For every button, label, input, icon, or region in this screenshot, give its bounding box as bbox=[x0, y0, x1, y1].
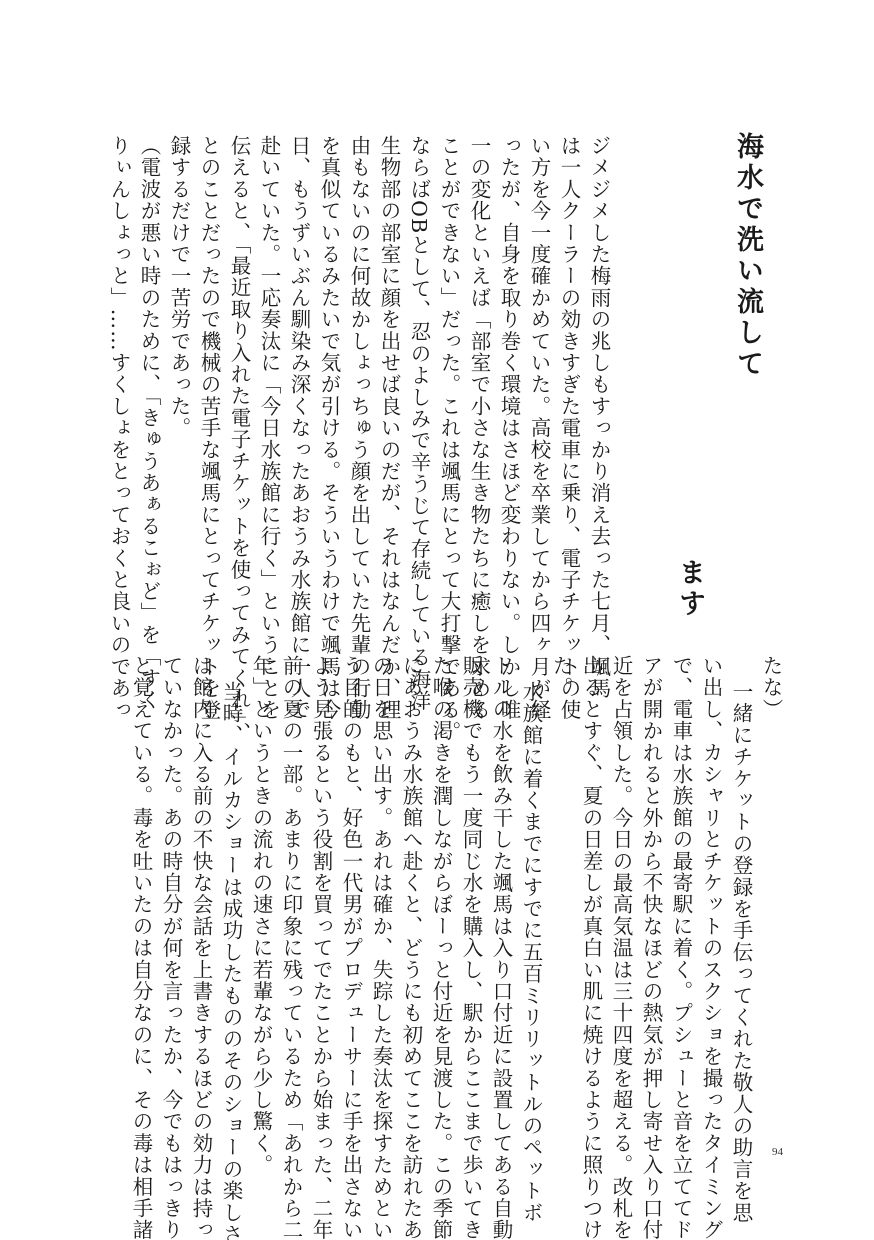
chapter-title-continued: ます bbox=[675, 558, 709, 620]
text-column: う目的のもと、好色一代男がプロデューサーに手を出さない bbox=[338, 655, 364, 1240]
text-column: たな） bbox=[758, 655, 784, 720]
text-column: た。 bbox=[548, 655, 574, 698]
text-column: を真似ているみたいで気が引ける。そういうわけで颯馬は今 bbox=[316, 135, 342, 721]
text-column: で、電車は水族館の最寄駅に着く。プシューと音を立ててド bbox=[668, 655, 694, 1240]
book-page: 海水で洗い流して ます ジメジメした梅雨の兆しもすっかり消え去った七月、颯馬 は… bbox=[0, 0, 874, 1240]
text-column: は館内に入る前の不快な会話を上書きするほどの効力は持っ bbox=[188, 655, 214, 1240]
text-column: 出るとすぐ、夏の日差しが真白い肌に焼けるように照りつけ bbox=[578, 655, 604, 1240]
text-column: ことができない」だった。これは颯馬にとって大打撃である。 bbox=[436, 135, 462, 743]
text-column: ったが、自身を取り巻く環境はさほど変わりない。しかし唯 bbox=[496, 135, 522, 721]
text-column: の日を思い出す。あれは確か、失踪した奏汰を探すためとい bbox=[368, 655, 394, 1240]
text-column: （電波が悪い時のために、「きゅうあぁるこぉど」を「すく bbox=[136, 135, 162, 711]
text-column: 前の夏の一部。あまりに印象に残っているため「あれから二 bbox=[278, 655, 304, 1240]
text-column: 年」というときの流れの速さに若輩ながら少し驚く。 bbox=[248, 655, 274, 1176]
text-column: アが開かれると外から不快なほどの熱気が押し寄せ入り口付 bbox=[638, 655, 664, 1240]
text-column: ならばOBとして、忍のよしみで辛うじて存続している海洋 bbox=[406, 135, 432, 712]
text-column: ていなかった。あの時自分が何を言ったか、今でもはっきり bbox=[158, 655, 184, 1240]
text-column: とのことだったので機械の苦手な颯馬にとってチケットを登 bbox=[196, 135, 222, 721]
text-column: 水族館に着くまでにすでに五百ミリリットルのペットボ bbox=[518, 681, 544, 1224]
text-column: にあおうみ水族館へ赴くと、どうにも初めてここを訪れたあ bbox=[398, 655, 424, 1240]
text-column: 生物部の部室に顔を出せば良いのだが、それはなんだか、理 bbox=[376, 135, 402, 721]
text-column: 日、もうずいぶん馴染み深くなったあおうみ水族館に一人で bbox=[286, 135, 312, 721]
text-column: りぃんしょっと」……すくしょをとっておくと良いのであっ bbox=[106, 135, 132, 721]
text-column: 由もないのに何故かしょっちゅう顔を出していた先輩の行動 bbox=[346, 135, 372, 721]
text-column: 販売機でもう一度同じ水を購入し、駅からここまで歩いてき bbox=[458, 655, 484, 1240]
text-column: は一人クーラーの効きすぎた電車に乗り、電子チケットの使 bbox=[556, 135, 582, 721]
text-column: い出し、カシャリとチケットのスクショを撮ったタイミング bbox=[698, 655, 724, 1240]
text-column: い方を今一度確かめていた。高校を卒業してから四ヶ月が経 bbox=[526, 135, 552, 721]
chapter-title: 海水で洗い流して bbox=[733, 132, 767, 380]
text-column: ジメジメした梅雨の兆しもすっかり消え去った七月、颯馬 bbox=[586, 135, 612, 699]
text-column: た喉の渇きを潤しながらぼーっと付近を見渡した。この季節 bbox=[428, 655, 454, 1240]
text-column: トルの水を飲み干した颯馬は入り口付近に設置してある自動 bbox=[488, 655, 514, 1240]
text-column: よう見張るという役割を買ってでたことから始まった、二年 bbox=[308, 655, 334, 1240]
text-column: 一の変化といえば「部室で小さな生き物たちに癒しを求める bbox=[466, 135, 492, 721]
text-column: 一緒にチケットの登録を手伝ってくれた敬人の助言を思 bbox=[728, 681, 754, 1224]
text-column: 録するだけで一苦労であった。 bbox=[166, 135, 192, 439]
text-column: 当時、イルカショーは成功したもののそのショーの楽しさ bbox=[218, 681, 244, 1240]
text-column: 近を占領した。今日の最高気温は三十四度を超える。改札を bbox=[608, 655, 634, 1240]
text-column: 赴いていた。一応奏汰に「今日水族館に行く」ということを bbox=[256, 135, 282, 721]
text-column: と覚えている。毒を吐いたのは自分なのに、その毒は相手諸 bbox=[128, 655, 154, 1240]
text-column: 伝えると、「最近取り入れた電子チケットを使ってみてくれ」、 bbox=[226, 135, 252, 744]
page-number: 94 bbox=[772, 1146, 783, 1158]
